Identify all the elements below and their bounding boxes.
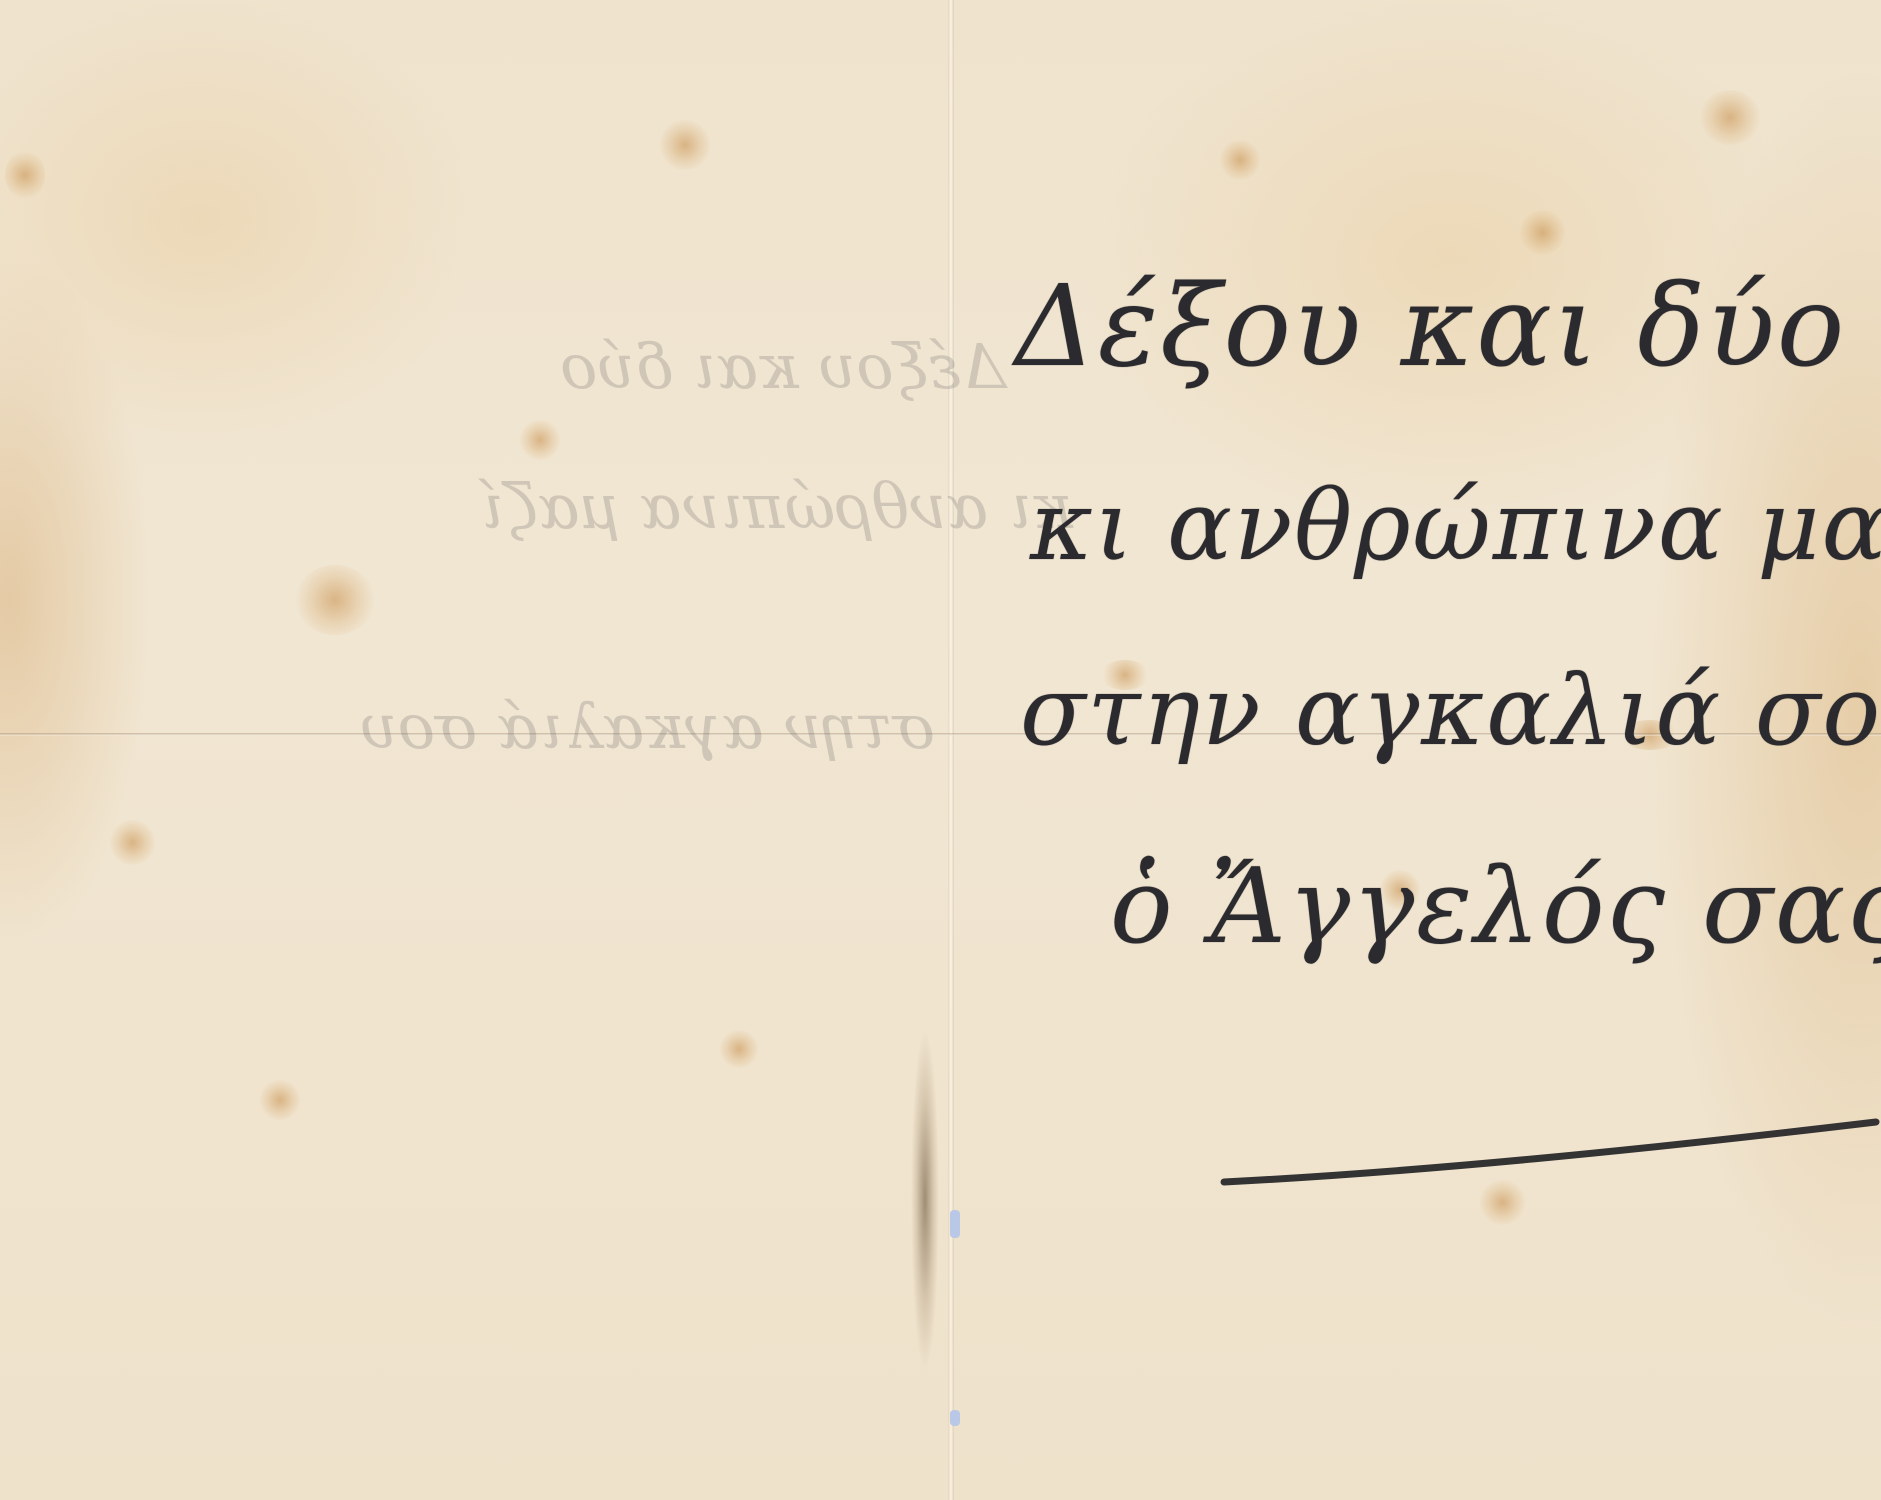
bleed-through-line: Δέξου και δύο [560,330,1006,403]
letter-sheet: Δέξου και δύο κι ανθρώπινα μαζί στην αγκ… [0,0,1881,1500]
foxing-spot [660,120,710,170]
foxing-spot [5,150,45,200]
signature-underline [1220,1110,1881,1190]
foxing-spot [1520,210,1565,255]
bleed-through-line: στην αγκαλιά σου [360,690,935,763]
foxing-spot [1220,140,1260,180]
foxing-spot [110,820,155,865]
foxing-spot [720,1030,758,1068]
letter-line-2: κι ανθρώπινα μαζί [1030,470,1881,582]
foxing-spot [295,565,375,635]
signature: ὁ Ἄγγελός σας [1110,845,1881,967]
foxing-spot [1700,90,1760,145]
fold-stain [905,1020,945,1380]
fold-tear [950,1410,960,1426]
fold-tear [950,1210,960,1238]
foxing-spot [260,1080,300,1120]
foxing-spot [520,420,560,460]
vertical-fold [948,0,954,1500]
letter-line-1: Δέξου και δύο [1015,262,1846,392]
letter-line-3: στην αγκαλιά σου [1020,655,1881,767]
bleed-through-line: κι ανθρώπινα μαζί [480,470,1073,543]
